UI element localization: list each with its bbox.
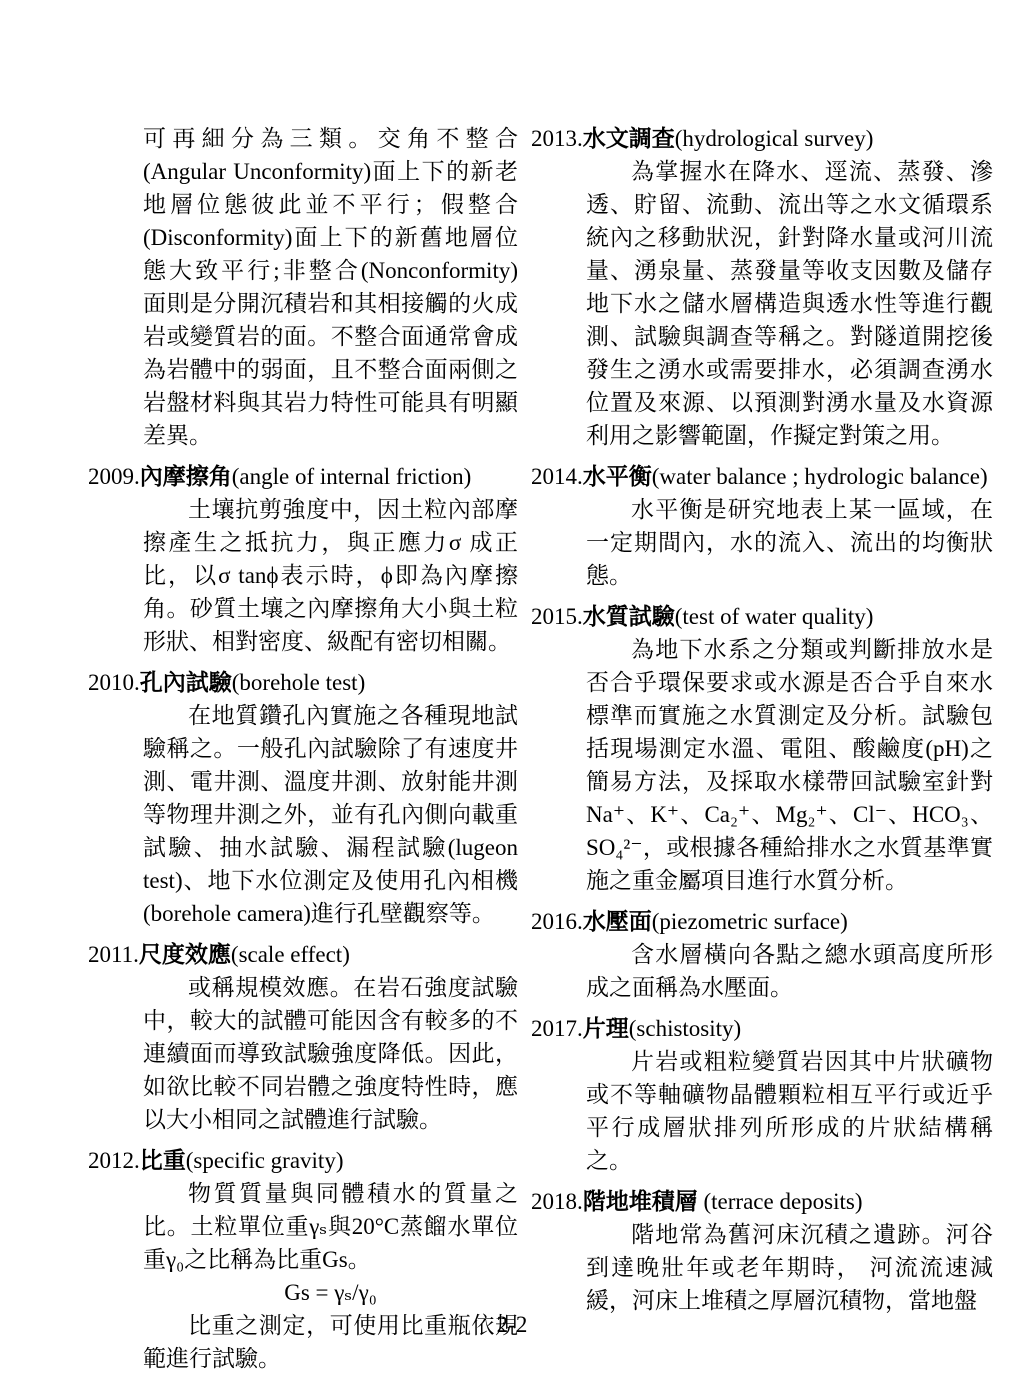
- entry-number: 2015.: [531, 604, 583, 629]
- entry-term: 內摩擦角: [140, 464, 232, 489]
- entry-heading: 2017.片理(schistosity): [531, 1012, 993, 1045]
- entry-term: 水平衡: [583, 464, 652, 489]
- entry-english-term: (piezometric surface): [652, 909, 848, 934]
- specific-gravity-formula: Gs = γₛ/γ₀: [143, 1276, 518, 1309]
- entry-number: 2011.: [88, 942, 139, 967]
- entry-number: 2016.: [531, 909, 583, 934]
- entry-term: 水文調查: [583, 126, 675, 151]
- entry-number: 2010.: [88, 670, 140, 695]
- entry-2014: 2014.水平衡(water balance ; hydrologic bala…: [531, 460, 993, 592]
- entry-english-term: (angle of internal friction): [232, 464, 471, 489]
- entry-term: 比重: [140, 1148, 186, 1173]
- right-column: 2013.水文調查(hydrological survey) 為掌握水在降水、逕…: [531, 122, 993, 1375]
- entry-term: 尺度效應: [139, 942, 231, 967]
- entry-definition: 為掌握水在降水、逕流、蒸發、滲透、貯留、流動、流出等之水文循環系統內之移動狀況，…: [586, 155, 993, 452]
- left-column: 可再細分為三類。交角不整合(Angular Unconformity)面上下的新…: [88, 122, 518, 1375]
- entry-english-term: (terrace deposits): [704, 1189, 863, 1214]
- entry-2018: 2018.階地堆積層 (terrace deposits) 階地常為舊河床沉積之…: [531, 1185, 993, 1317]
- entry-english-term: (hydrological survey): [675, 126, 874, 151]
- entry-english-term: (scale effect): [231, 942, 350, 967]
- entry-definition: 片岩或粗粒變質岩因其中片狀礦物或不等軸礦物晶體顆粒相互平行或近乎平行成層狀排列所…: [586, 1045, 993, 1177]
- entry-2017: 2017.片理(schistosity) 片岩或粗粒變質岩因其中片狀礦物或不等軸…: [531, 1012, 993, 1177]
- entry-number: 2018.: [531, 1189, 583, 1214]
- entry-heading: 2015.水質試驗(test of water quality): [531, 600, 993, 633]
- entry-term: 孔內試驗: [140, 670, 232, 695]
- entry-heading: 2012.比重(specific gravity): [88, 1144, 518, 1177]
- page-number: 2-2: [0, 1312, 1024, 1338]
- entry-definition: 在地質鑽孔內實施之各種現地試驗稱之。一般孔內試驗除了有速度井測、電井測、溫度井測…: [143, 699, 518, 930]
- entry-term: 階地堆積層: [583, 1189, 704, 1214]
- entry-number: 2014.: [531, 464, 583, 489]
- entry-2016: 2016.水壓面(piezometric surface) 含水層橫向各點之總水…: [531, 905, 993, 1004]
- entry-2012: 2012.比重(specific gravity) 物質質量與同體積水的質量之比…: [88, 1144, 518, 1375]
- entry-term: 片理: [583, 1016, 629, 1041]
- entry-number: 2013.: [531, 126, 583, 151]
- entry-heading: 2014.水平衡(water balance ; hydrologic bala…: [531, 460, 993, 493]
- entry-heading: 2013.水文調查(hydrological survey): [531, 122, 993, 155]
- entry-heading: 2010.孔內試驗(borehole test): [88, 666, 518, 699]
- document-page: 可再細分為三類。交角不整合(Angular Unconformity)面上下的新…: [0, 0, 1024, 1400]
- entry-english-term: (test of water quality): [675, 604, 874, 629]
- entry-2011: 2011.尺度效應(scale effect) 或稱規模效應。在岩石強度試驗中，…: [88, 938, 518, 1136]
- continuation-paragraph: 可再細分為三類。交角不整合(Angular Unconformity)面上下的新…: [143, 122, 518, 452]
- entry-2009: 2009.內摩擦角(angle of internal friction) 土壤…: [88, 460, 518, 658]
- entry-heading: 2018.階地堆積層 (terrace deposits): [531, 1185, 993, 1218]
- entry-definition: 或稱規模效應。在岩石強度試驗中，較大的試體可能因含有較多的不連續面而導致試驗強度…: [143, 971, 518, 1136]
- entry-term: 水壓面: [583, 909, 652, 934]
- two-column-layout: 可再細分為三類。交角不整合(Angular Unconformity)面上下的新…: [88, 122, 993, 1375]
- entry-number: 2017.: [531, 1016, 583, 1041]
- entry-heading: 2009.內摩擦角(angle of internal friction): [88, 460, 518, 493]
- entry-english-term: (borehole test): [232, 670, 365, 695]
- entry-english-term: (specific gravity): [186, 1148, 344, 1173]
- entry-number: 2012.: [88, 1148, 140, 1173]
- entry-english-term: (schistosity): [629, 1016, 741, 1041]
- entry-definition: 為地下水系之分類或判斷排放水是否合乎環保要求或水源是否合乎自來水標準而實施之水質…: [586, 633, 993, 897]
- entry-heading: 2011.尺度效應(scale effect): [88, 938, 518, 971]
- entry-definition: 物質質量與同體積水的質量之比。土粒單位重γₛ與20°C蒸餾水單位重γ₀之比稱為比…: [143, 1177, 518, 1276]
- entry-definition: 階地常為舊河床沉積之遺跡。河谷到達晚壯年或老年期時， 河流流速減緩，河床上堆積之…: [586, 1218, 993, 1317]
- entry-2013: 2013.水文調查(hydrological survey) 為掌握水在降水、逕…: [531, 122, 993, 452]
- entry-definition: 含水層橫向各點之總水頭高度所形成之面稱為水壓面。: [586, 938, 993, 1004]
- entry-term: 水質試驗: [583, 604, 675, 629]
- entry-english-term: (water balance ; hydrologic balance): [652, 464, 988, 489]
- entry-heading: 2016.水壓面(piezometric surface): [531, 905, 993, 938]
- entry-2010: 2010.孔內試驗(borehole test) 在地質鑽孔內實施之各種現地試驗…: [88, 666, 518, 930]
- entry-definition: 水平衡是研究地表上某一區域，在一定期間內，水的流入、流出的均衡狀態。: [586, 493, 993, 592]
- entry-definition: 土壤抗剪強度中，因土粒內部摩擦產生之抵抗力，與正應力σ 成正比，以σ tanϕ表…: [143, 493, 518, 658]
- entry-number: 2009.: [88, 464, 140, 489]
- entry-2015: 2015.水質試驗(test of water quality) 為地下水系之分…: [531, 600, 993, 897]
